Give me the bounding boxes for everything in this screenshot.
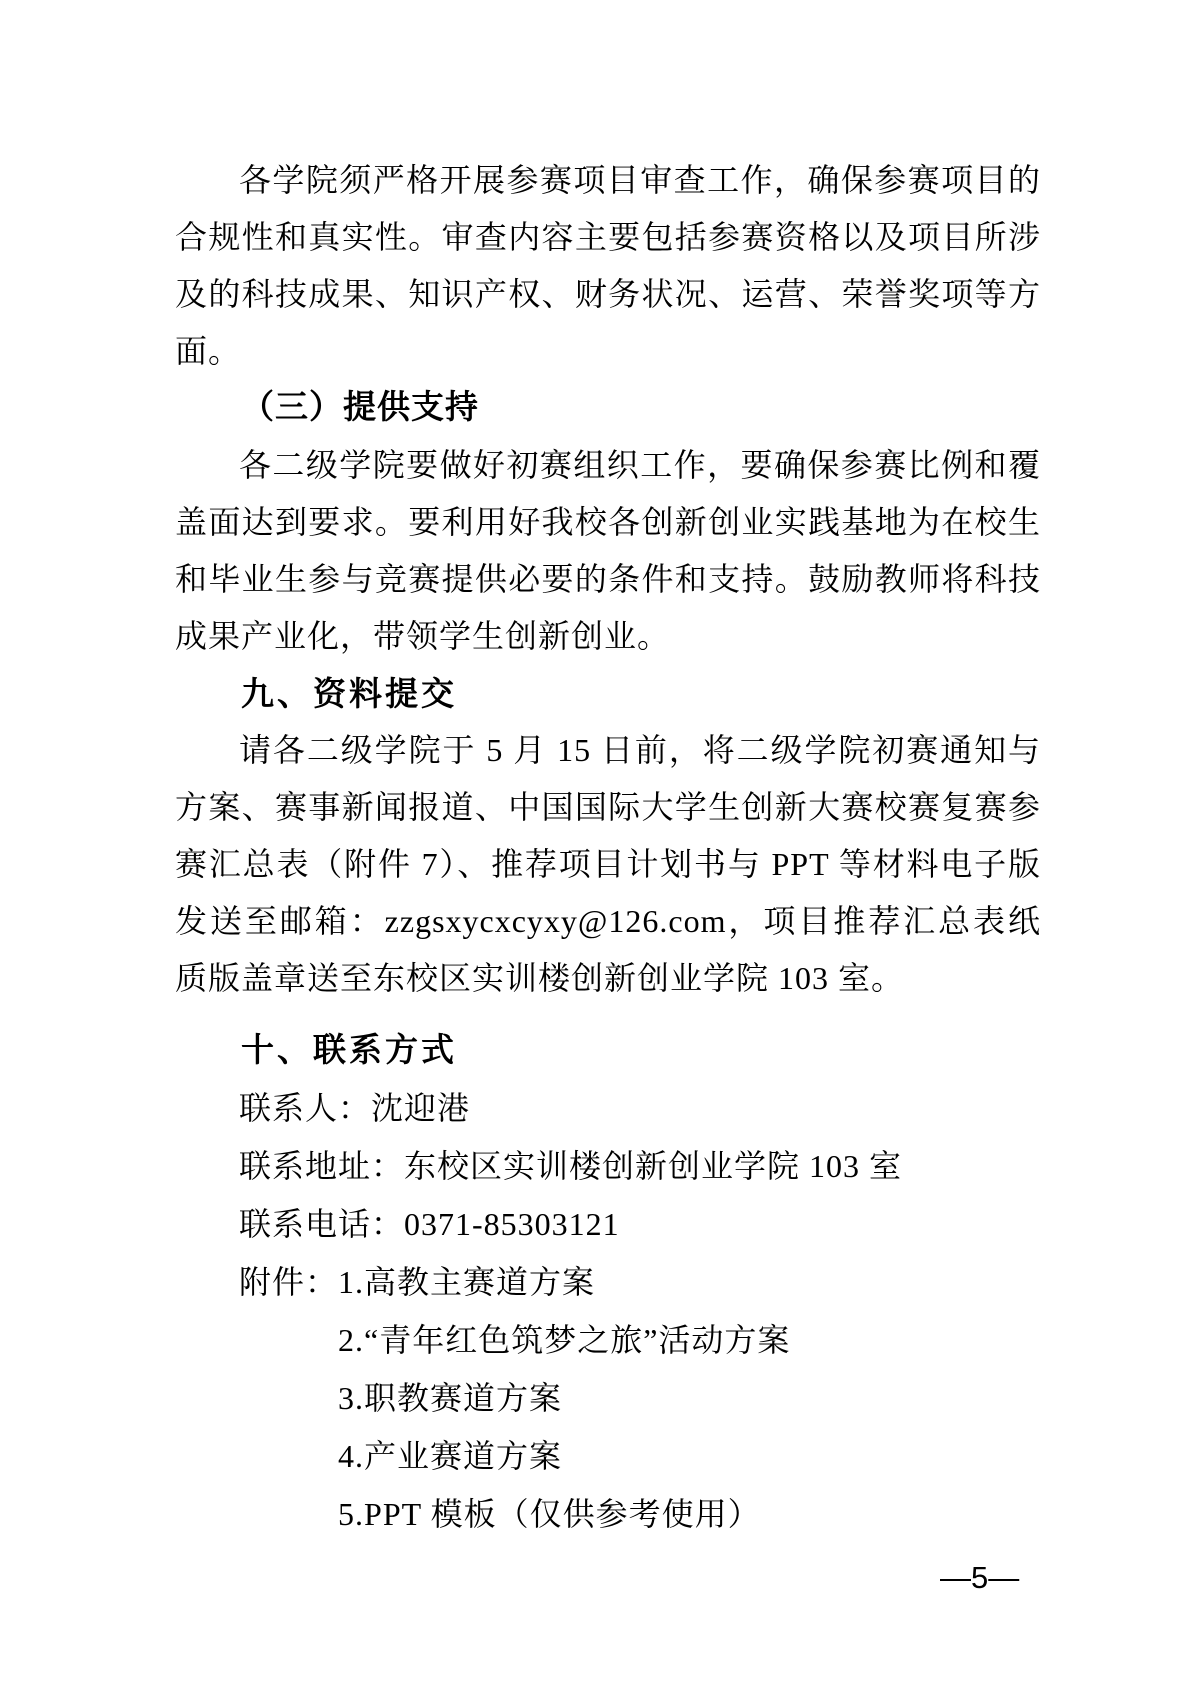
contact-address-line: 联系地址：东校区实训楼创新创业学院 103 室 [175,1137,1041,1195]
attachments-label: 附件： [239,1253,338,1311]
document-page: 各学院须严格开展参赛项目审查工作，确保参赛项目的合规性和真实性。审查内容主要包括… [0,0,1191,1684]
paragraph-project-review: 各学院须严格开展参赛项目审查工作，确保参赛项目的合规性和真实性。审查内容主要包括… [175,152,1041,380]
paragraph-materials-submission: 请各二级学院于 5 月 15 日前，将二级学院初赛通知与方案、赛事新闻报道、中国… [175,722,1041,1007]
contact-person-line: 联系人：沈迎港 [175,1079,1041,1137]
attachment-item-4: 4.产业赛道方案 [338,1427,790,1485]
attachment-item-1: 1.高教主赛道方案 [338,1253,790,1311]
attachment-item-5: 5.PPT 模板（仅供参考使用） [338,1485,790,1543]
attachment-item-3: 3.职教赛道方案 [338,1369,790,1427]
attachments-list: 1.高教主赛道方案 2.“青年红色筑梦之旅”活动方案 3.职教赛道方案 4.产业… [338,1253,790,1543]
contact-phone-line: 联系电话：0371-85303121 [175,1195,1041,1253]
heading-materials-submission: 九、资料提交 [175,665,1041,722]
attachment-item-2: 2.“青年红色筑梦之旅”活动方案 [338,1311,790,1369]
heading-contact-info: 十、联系方式 [175,1021,1041,1079]
page-number: —5— [940,1556,1019,1600]
paragraph-provide-support: 各二级学院要做好初赛组织工作，要确保参赛比例和覆盖面达到要求。要利用好我校各创新… [175,437,1041,665]
heading-provide-support: （三）提供支持 [175,380,1041,437]
attachments-block: 附件： 1.高教主赛道方案 2.“青年红色筑梦之旅”活动方案 3.职教赛道方案 … [239,1253,1041,1543]
document-body: 各学院须严格开展参赛项目审查工作，确保参赛项目的合规性和真实性。审查内容主要包括… [175,152,1041,1543]
section-contact: 十、联系方式 联系人：沈迎港 联系地址：东校区实训楼创新创业学院 103 室 联… [175,1021,1041,1543]
